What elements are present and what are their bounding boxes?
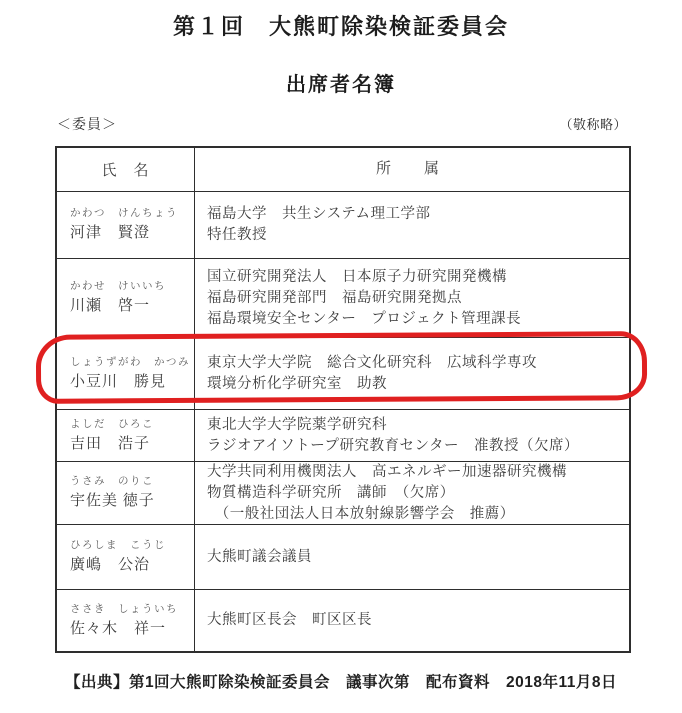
table-row: ひろしま こうじ 廣嶋 公治 大熊町議会議員 <box>57 524 629 589</box>
name-cell: よしだ ひろこ 吉田 浩子 <box>57 410 195 461</box>
meta-row: ＜委員＞ （敬称略） <box>57 114 627 134</box>
attendee-name: 川瀬 啓一 <box>70 297 194 315</box>
affiliation-cell: 東京大学大学院 総合文化研究科 広域科学専攻 環境分析化学研究室 助教 <box>195 338 629 409</box>
document-subtitle: 出席者名簿 <box>0 68 682 97</box>
attendee-table: 氏 名 所 属 かわつ けんちょう 河津 賢澄 福島大学 共生システム理工学部 … <box>55 146 631 653</box>
table-row: ささき しょういち 佐々木 祥一 大熊町区長会 町区区長 <box>57 589 629 651</box>
table-header-row: 氏 名 所 属 <box>57 148 629 191</box>
name-cell: ささき しょういち 佐々木 祥一 <box>57 590 195 651</box>
name-cell: ひろしま こうじ 廣嶋 公治 <box>57 525 195 589</box>
attendee-name: 佐々木 祥一 <box>70 620 194 638</box>
table-row-highlighted: しょうずがわ かつみ 小豆川 勝見 東京大学大学院 総合文化研究科 広域科学専攻… <box>57 337 629 409</box>
attendee-name: 宇佐美 徳子 <box>70 492 194 510</box>
furigana: しょうずがわ かつみ <box>70 357 194 369</box>
attendee-name: 小豆川 勝見 <box>70 373 194 391</box>
table-row: かわせ けいいち 川瀬 啓一 国立研究開発法人 日本原子力研究開発機構 福島研究… <box>57 258 629 337</box>
table-row: うさみ のりこ 宇佐美 徳子 大学共同利用機関法人 高エネルギー加速器研究機構 … <box>57 461 629 524</box>
affiliation-cell: 国立研究開発法人 日本原子力研究開発機構 福島研究開発部門 福島研究開発拠点 福… <box>195 259 629 337</box>
name-cell: かわせ けいいち 川瀬 啓一 <box>57 259 195 337</box>
attendee-name: 廣嶋 公治 <box>70 556 194 574</box>
attendee-name: 吉田 浩子 <box>70 435 194 453</box>
affiliation-cell: 大学共同利用機関法人 高エネルギー加速器研究機構 物質構造科学研究所 講師 （欠… <box>195 462 629 524</box>
affiliation-cell: 大熊町区長会 町区区長 <box>195 590 629 651</box>
furigana: ささき しょういち <box>70 604 194 616</box>
table-row: かわつ けんちょう 河津 賢澄 福島大学 共生システム理工学部 特任教授 <box>57 191 629 258</box>
affiliation-cell: 福島大学 共生システム理工学部 特任教授 <box>195 192 629 258</box>
column-header-affiliation: 所 属 <box>195 148 629 191</box>
furigana: よしだ ひろこ <box>70 419 194 431</box>
committee-label: ＜委員＞ <box>57 114 117 134</box>
source-note: 【出典】第1回大熊町除染検証委員会 議事次第 配布資料 2018年11月8日 <box>0 670 682 692</box>
document-page: 第１回 大熊町除染検証委員会 出席者名簿 ＜委員＞ （敬称略） 氏 名 所 属 … <box>0 0 682 713</box>
furigana: うさみ のりこ <box>70 476 194 488</box>
table-row: よしだ ひろこ 吉田 浩子 東北大学大学院薬学研究科 ラジオアイソトープ研究教育… <box>57 409 629 461</box>
column-header-name: 氏 名 <box>57 148 195 191</box>
document-title: 第１回 大熊町除染検証委員会 <box>0 0 682 41</box>
furigana: ひろしま こうじ <box>70 540 194 552</box>
name-cell: しょうずがわ かつみ 小豆川 勝見 <box>57 338 195 409</box>
name-cell: かわつ けんちょう 河津 賢澄 <box>57 192 195 258</box>
honorifics-note: （敬称略） <box>559 114 627 133</box>
furigana: かわつ けんちょう <box>70 208 194 220</box>
furigana: かわせ けいいち <box>70 281 194 293</box>
affiliation-cell: 東北大学大学院薬学研究科 ラジオアイソトープ研究教育センター 准教授（欠席） <box>195 410 629 461</box>
name-cell: うさみ のりこ 宇佐美 徳子 <box>57 462 195 524</box>
affiliation-cell: 大熊町議会議員 <box>195 525 629 589</box>
attendee-name: 河津 賢澄 <box>70 224 194 242</box>
